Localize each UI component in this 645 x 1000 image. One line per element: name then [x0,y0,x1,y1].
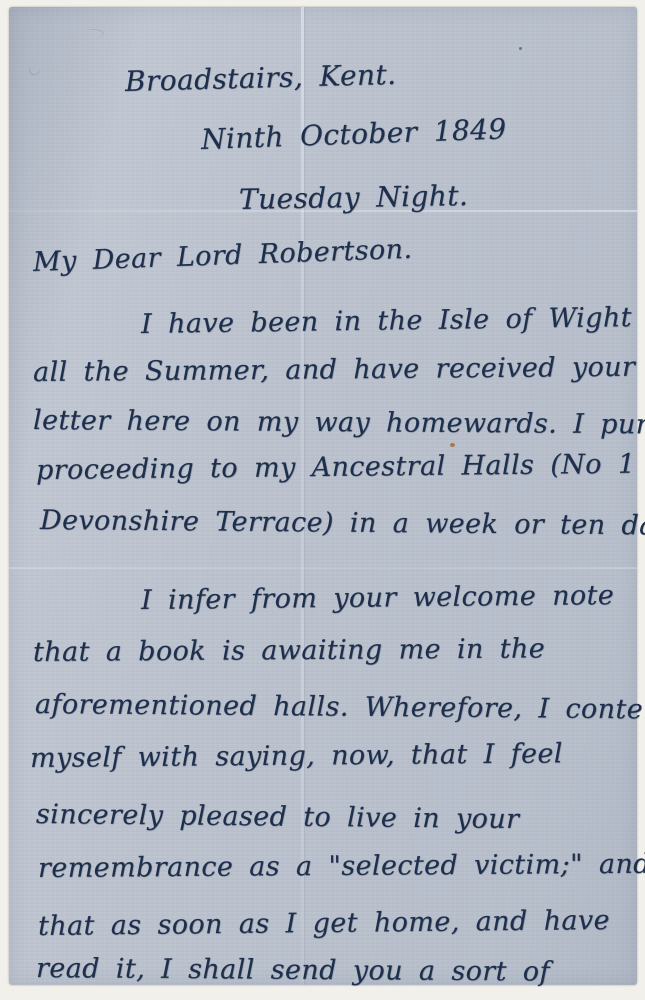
letter-line: aforementioned halls. Wherefore, I conte… [35,689,645,726]
fold-crease-vertical [301,7,304,985]
letter-page: Broadstairs, Kent. Ninth October 1849 Tu… [9,7,637,985]
pencil-mark [87,28,105,38]
letter-line: I have been in the Isle of Wight [141,302,632,340]
fox-spot [450,443,455,447]
letter-line: that a book is awaiting me in the [33,633,545,668]
letter-salutation: My Dear Lord Robertson. [32,234,412,278]
letter-line: myself with saying, now, that I feel [30,738,563,774]
pencil-mark [27,63,41,77]
letter-line: Devonshire Terrace) in a week or ten day… [40,505,645,542]
letter-line: I infer from your welcome note [141,580,615,616]
letter-line: read it, I shall send you a sort of [36,953,550,988]
letter-line: proceeding to my Ancestral Halls (No 1 [36,449,636,486]
letter-line: all the Summer, and have received your [33,352,636,388]
scan-background: { "colors": { "background": "#f2f0ea", "… [0,0,645,1000]
ink-speck [519,47,522,50]
letter-line: that as soon as I get home, and have [38,905,610,942]
letter-line: letter here on my way homewards. I purpo… [33,405,645,441]
fold-crease-horizontal-middle [9,567,637,569]
letter-time: Tuesday Night. [239,179,469,216]
letter-date: Ninth October 1849 [200,112,507,156]
letter-place: Broadstairs, Kent. [125,58,397,98]
letter-line: remembrance as a "selected victim;" and [38,849,645,884]
letter-line: sincerely pleased to live in your [36,799,520,835]
